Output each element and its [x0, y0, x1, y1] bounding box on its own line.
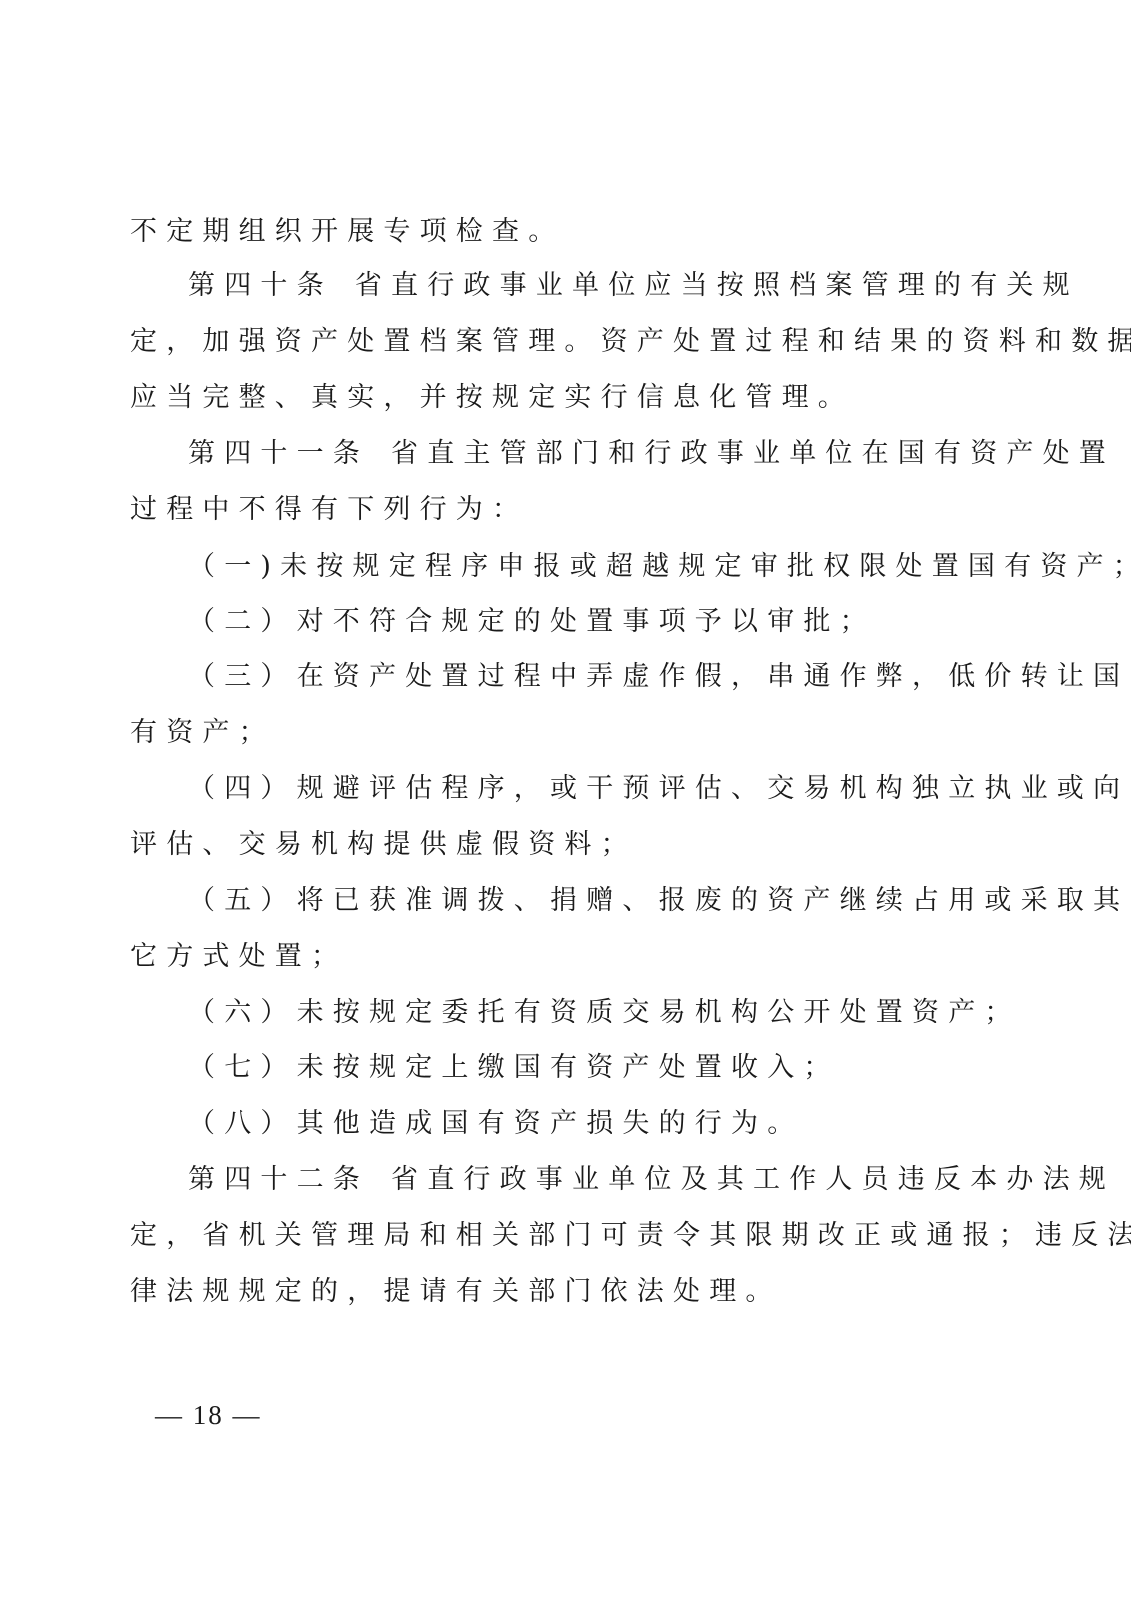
- article-label: 第四十二条: [188, 1164, 369, 1195]
- list-item-2: （二）对不符合规定的处置事项予以审批；: [188, 604, 876, 640]
- text-line: 定，加强资产处置档案管理。资产处置过程和结果的资料和数据: [130, 324, 1131, 360]
- article-40-line: 第四十条省直行政事业单位应当按照档案管理的有关规: [188, 268, 1079, 304]
- text-line: 定，省机关管理局和相关部门可责令其限期改正或通报；违反法: [130, 1218, 1131, 1254]
- article-text: 省直主管部门和行政事业单位在国有资产处置: [391, 438, 1115, 469]
- list-item-1: （一)未按规定程序申报或超越规定审批权限处置国有资产；: [188, 549, 1131, 585]
- list-item-4-cont: 评估、交易机构提供虚假资料；: [130, 827, 637, 863]
- article-text: 省直行政事业单位应当按照档案管理的有关规: [355, 270, 1079, 301]
- list-item-8: （八）其他造成国有资产损失的行为。: [188, 1106, 803, 1142]
- list-item-5-cont: 它方式处置；: [130, 939, 347, 975]
- list-item-5: （五）将已获准调拨、捐赠、报废的资产继续占用或采取其: [188, 883, 1129, 919]
- list-item-3: （三）在资产处置过程中弄虚作假，串通作弊，低价转让国: [188, 659, 1129, 695]
- text-line: 律法规规定的，提请有关部门依法处理。: [130, 1274, 782, 1310]
- article-label: 第四十条: [188, 270, 333, 301]
- list-item-6: （六）未按规定委托有资质交易机构公开处置资产；: [188, 995, 1021, 1031]
- text-line: 过程中不得有下列行为：: [130, 492, 528, 528]
- article-41-line: 第四十一条省直主管部门和行政事业单位在国有资产处置: [188, 436, 1115, 472]
- text-line: 应当完整、真实，并按规定实行信息化管理。: [130, 380, 854, 416]
- article-42-line: 第四十二条省直行政事业单位及其工作人员违反本办法规: [188, 1162, 1115, 1198]
- list-item-3-cont: 有资产；: [130, 715, 275, 751]
- text-line: 不定期组织开展专项检查。: [130, 214, 564, 250]
- document-page: 不定期组织开展专项检查。 第四十条省直行政事业单位应当按照档案管理的有关规 定，…: [0, 0, 1131, 1600]
- article-label: 第四十一条: [188, 438, 369, 469]
- page-number: — 18 —: [155, 1400, 262, 1431]
- list-item-7: （七）未按规定上缴国有资产处置收入；: [188, 1050, 840, 1086]
- article-text: 省直行政事业单位及其工作人员违反本办法规: [391, 1164, 1115, 1195]
- list-item-4: （四）规避评估程序，或干预评估、交易机构独立执业或向: [188, 771, 1129, 807]
